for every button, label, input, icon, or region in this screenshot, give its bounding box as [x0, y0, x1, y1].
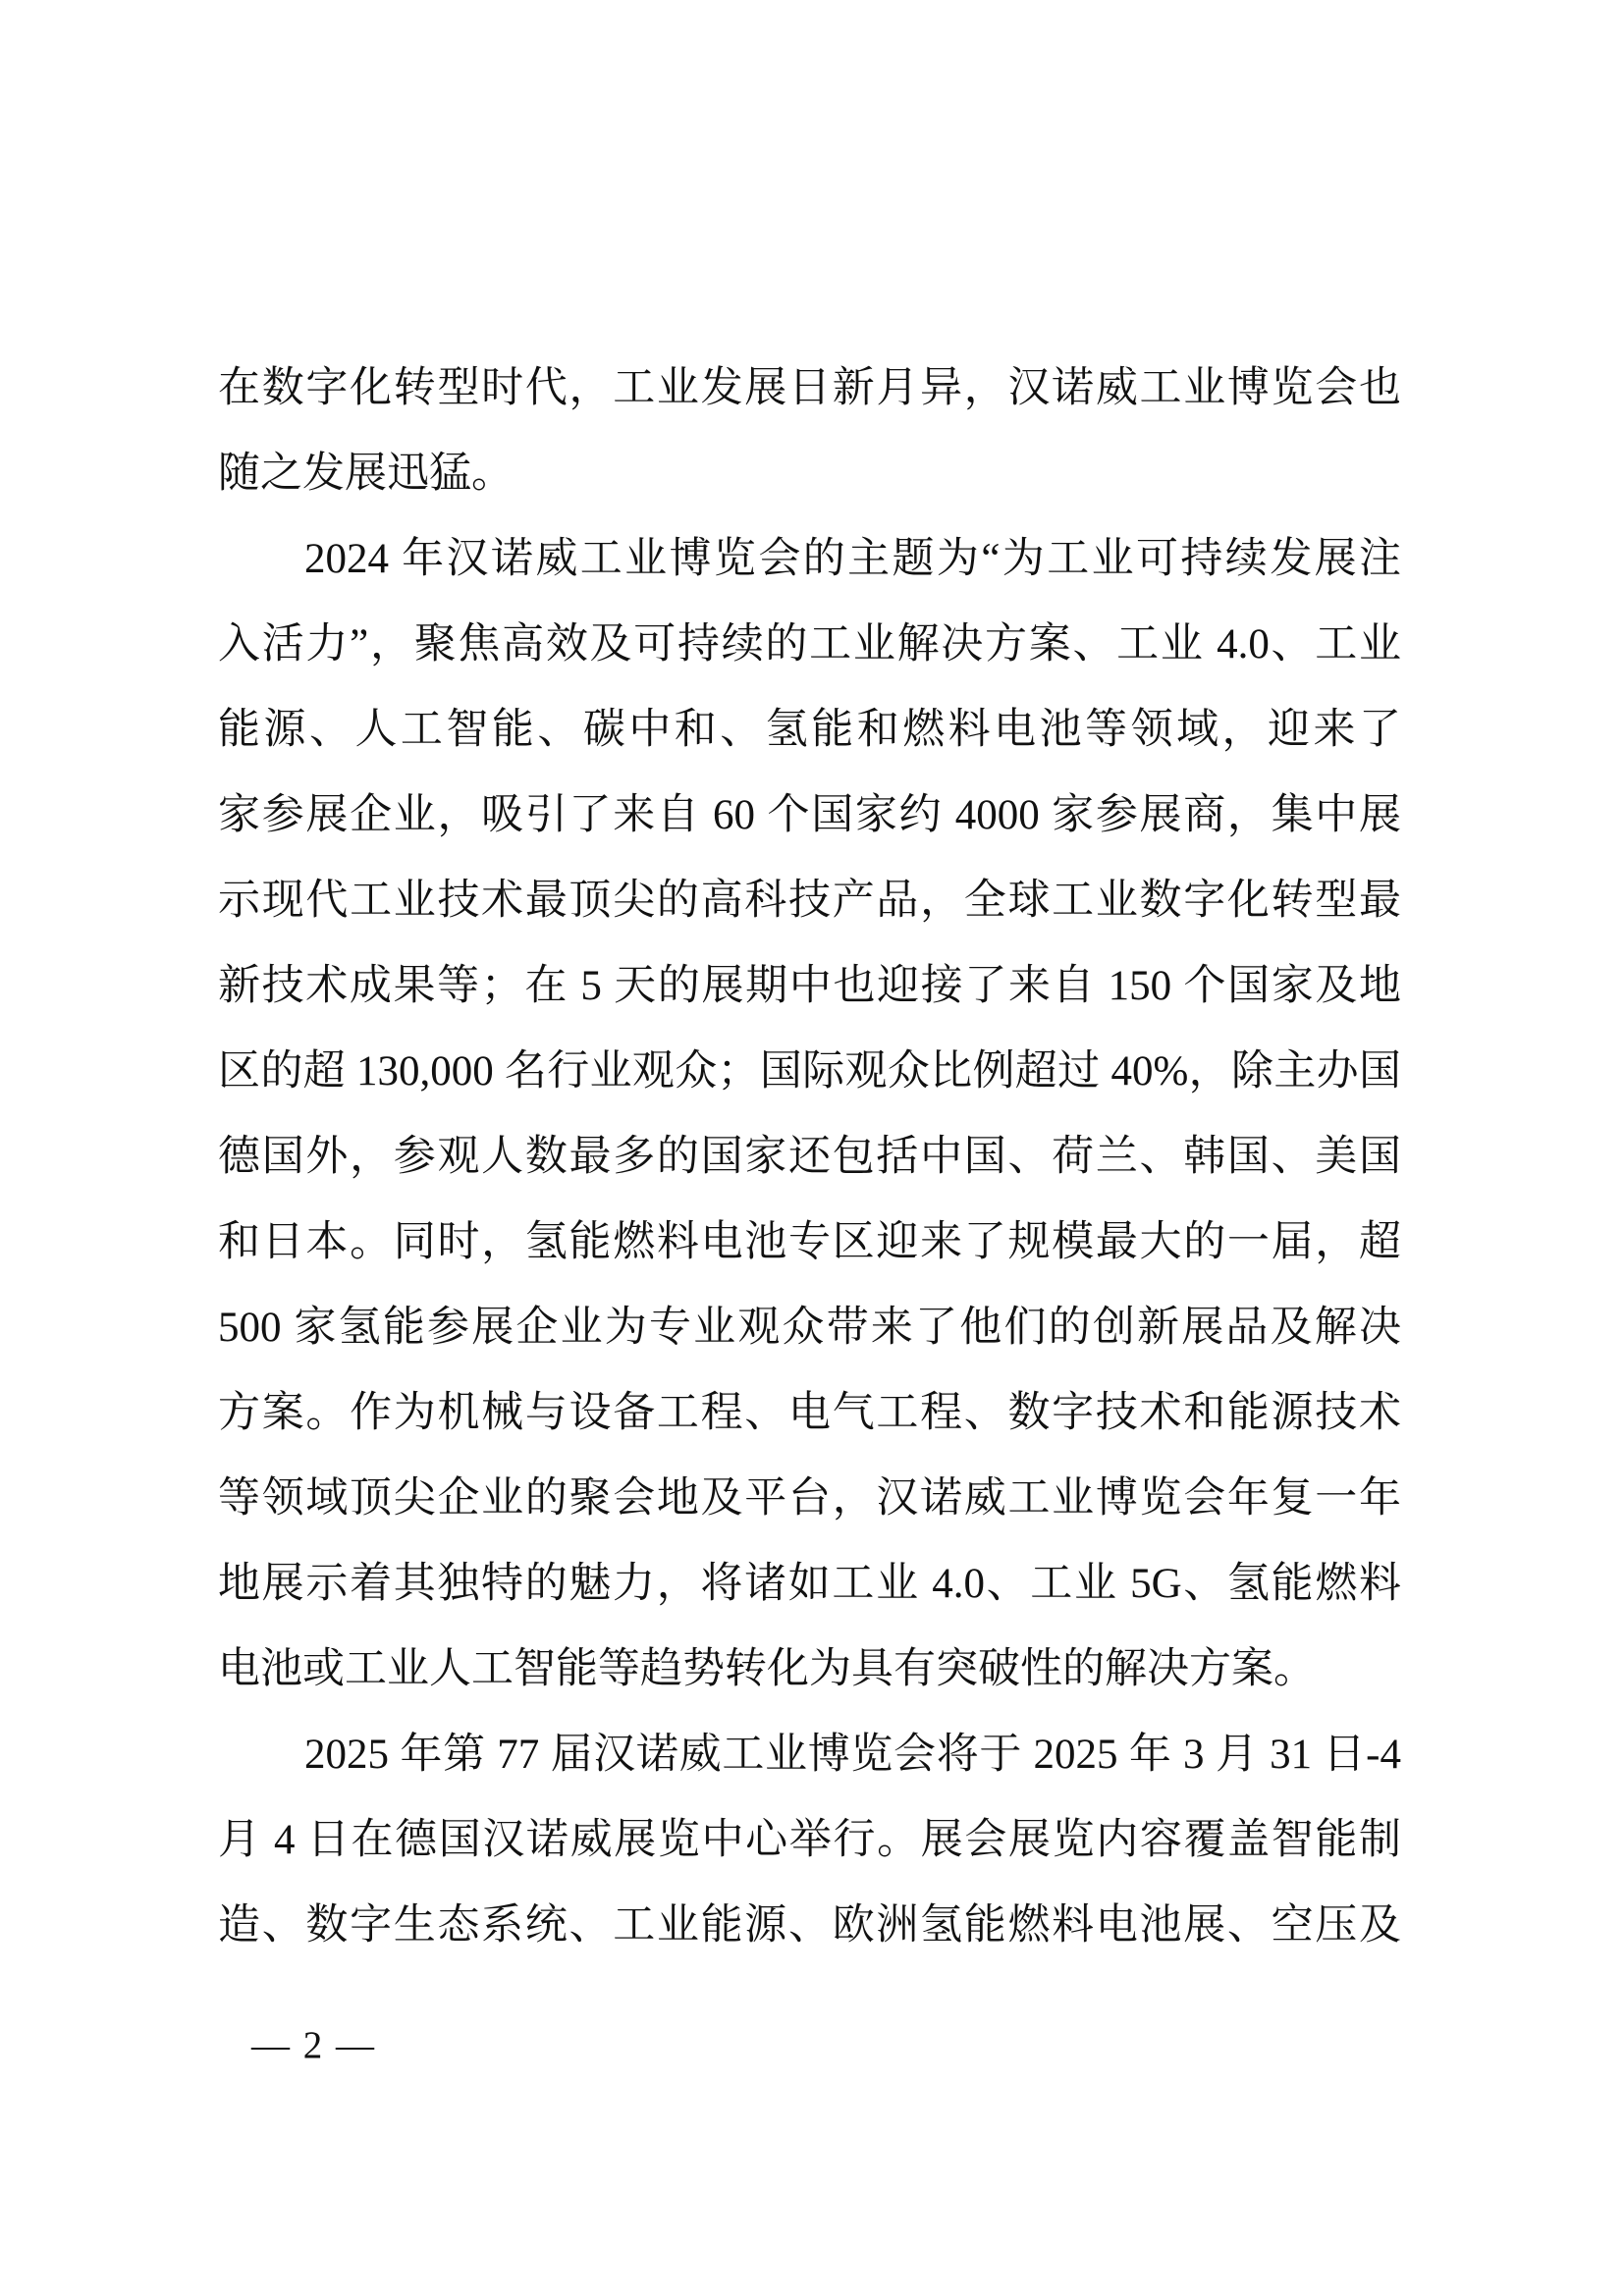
text-line: 造、数字生态系统、工业能源、欧洲氢能燃料电池展、空压及 [218, 1883, 1401, 1968]
text-line: 地展示着其独特的魅力，将诸如工业 4.0、工业 5G、氢能燃料 [218, 1541, 1401, 1627]
page-footer: — 2 — [251, 2004, 376, 2087]
page-number: — 2 — [251, 2024, 376, 2066]
text-line: 随之发展迅猛。 [218, 431, 1401, 516]
text-line: 德国外，参观人数最多的国家还包括中国、荷兰、韩国、美国 [218, 1114, 1401, 1200]
text-line: 500 家氢能参展企业为专业观众带来了他们的创新展品及解决 [218, 1285, 1401, 1370]
text-line: 区的超 130,000 名行业观众；国际观众比例超过 40%，除主办国 [218, 1029, 1401, 1114]
text-line: 和日本。同时，氢能燃料电池专区迎来了规模最大的一届，超 [218, 1200, 1401, 1285]
text-line: 家参展企业，吸引了来自 60 个国家约 4000 家参展商，集中展 [218, 773, 1401, 858]
text-line: 月 4 日在德国汉诺威展览中心举行。展会展览内容覆盖智能制 [218, 1797, 1401, 1883]
text-line: 电池或工业人工智能等趋势转化为具有突破性的解决方案。 [218, 1627, 1401, 1712]
text-line: 2025 年第 77 届汉诺威工业博览会将于 2025 年 3 月 31 日-4 [218, 1712, 1401, 1797]
text-line: 等领域顶尖企业的聚会地及平台，汉诺威工业博览会年复一年 [218, 1456, 1401, 1541]
document-page: 在数字化转型时代，工业发展日新月异，汉诺威工业博览会也随之发展迅猛。2024 年… [0, 0, 1624, 2296]
text-line: 新技术成果等；在 5 天的展期中也迎接了来自 150 个国家及地 [218, 943, 1401, 1029]
text-line: 入活力”，聚焦高效及可持续的工业解决方案、工业 4.0、工业 [218, 602, 1401, 687]
text-line: 2024 年汉诺威工业博览会的主题为“为工业可持续发展注 [218, 516, 1401, 602]
document-body: 在数字化转型时代，工业发展日新月异，汉诺威工业博览会也随之发展迅猛。2024 年… [218, 346, 1401, 1968]
text-line: 能源、人工智能、碳中和、氢能和燃料电池等领域，迎来了 4000 [218, 687, 1401, 773]
text-line: 方案。作为机械与设备工程、电气工程、数字技术和能源技术 [218, 1370, 1401, 1456]
text-line: 在数字化转型时代，工业发展日新月异，汉诺威工业博览会也 [218, 346, 1401, 431]
text-line: 示现代工业技术最顶尖的高科技产品，全球工业数字化转型最 [218, 858, 1401, 943]
